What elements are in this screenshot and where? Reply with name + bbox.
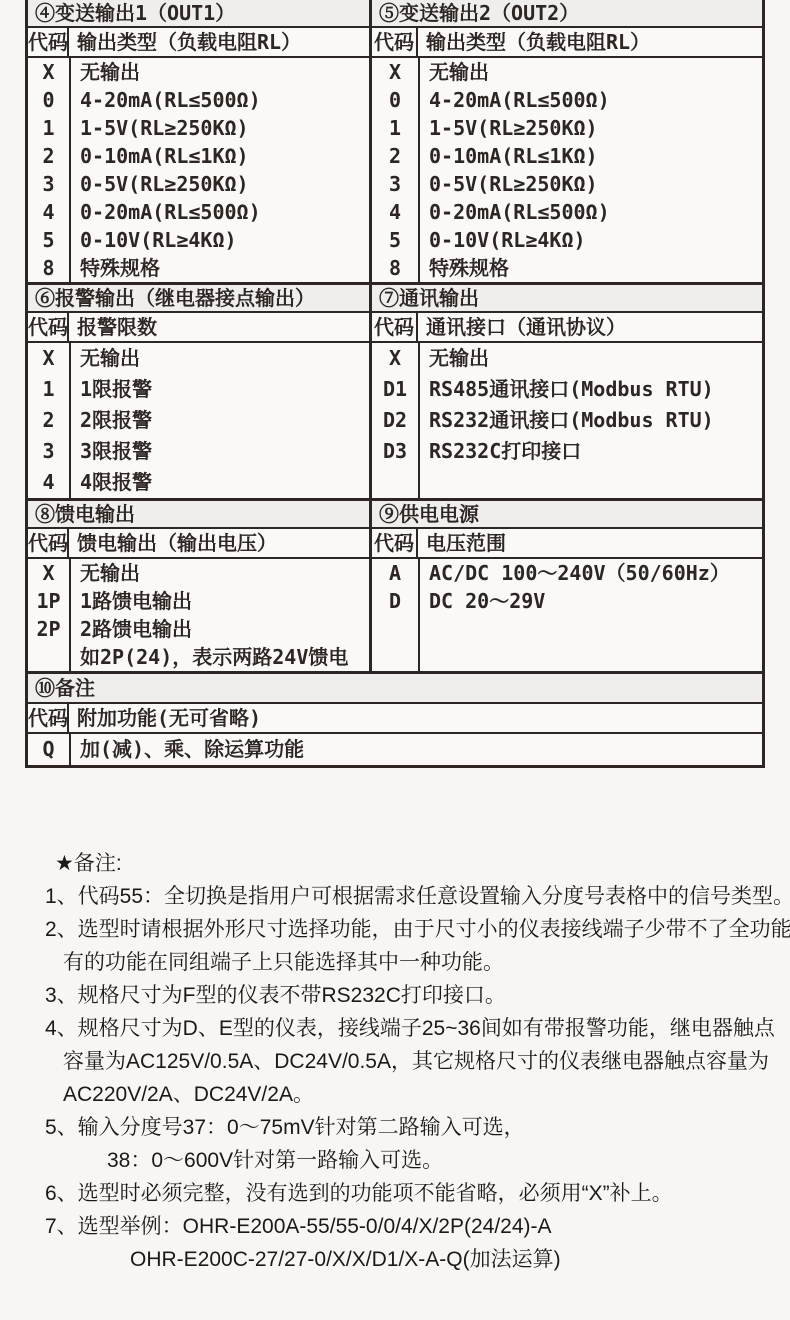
table-row: D3RS232C打印接口 bbox=[372, 436, 762, 467]
desc-cell: AC/DC 100～240V（50/60Hz） bbox=[418, 559, 762, 587]
table-row: 40-20mA(RL≤500Ω) bbox=[28, 198, 369, 226]
table-row: 50-10V(RL≥4KΩ) bbox=[372, 226, 762, 254]
table-row: DDC 20～29V bbox=[372, 587, 762, 615]
note-line: 有的功能在同组端子上只能选择其中一种功能。 bbox=[45, 946, 775, 979]
table-row: 8特殊规格 bbox=[372, 254, 762, 282]
note-line: OHR-E200C-27/27-0/X/X/D1/X-A-Q(加法运算) bbox=[45, 1243, 775, 1276]
code-cell bbox=[28, 643, 69, 671]
table-row: 50-10V(RL≥4KΩ) bbox=[28, 226, 369, 254]
table-row: 11-5V(RL≥250KΩ) bbox=[28, 114, 369, 142]
desc-cell: 0-20mA(RL≤500Ω) bbox=[418, 198, 762, 226]
column-header-code: 代码 bbox=[372, 313, 418, 341]
desc-cell: 0-10mA(RL≤1KΩ) bbox=[418, 142, 762, 170]
column-header-desc: 通讯接口（通讯协议） bbox=[418, 313, 762, 341]
section-pair: ④变送输出1（OUT1）代码输出类型（负载电阻RL）X无输出04-20mA(RL… bbox=[28, 0, 762, 285]
table-row: AAC/DC 100～240V（50/60Hz） bbox=[372, 559, 762, 587]
code-cell: 2 bbox=[28, 405, 69, 436]
code-cell: X bbox=[28, 343, 69, 374]
desc-cell: 4限报警 bbox=[69, 467, 369, 498]
code-cell: X bbox=[28, 559, 69, 587]
code-cell: 3 bbox=[372, 170, 418, 198]
desc-cell: DC 20～29V bbox=[418, 587, 762, 615]
desc-cell: 3限报警 bbox=[69, 436, 369, 467]
section-pair: ⑥报警输出（继电器接点输出）代码报警限数X无输出11限报警22限报警33限报警4… bbox=[28, 285, 762, 501]
column-header-row: 代码电压范围 bbox=[372, 529, 762, 559]
section: ④变送输出1（OUT1）代码输出类型（负载电阻RL）X无输出04-20mA(RL… bbox=[28, 0, 372, 282]
code-cell: 1 bbox=[28, 114, 69, 142]
column-header-code: 代码 bbox=[372, 28, 418, 56]
desc-cell: 4-20mA(RL≤500Ω) bbox=[418, 86, 762, 114]
section-title: ⑩备注 bbox=[28, 674, 762, 704]
section: ⑧馈电输出代码馈电输出（输出电压）X无输出1P1路馈电输出2P2路馈电输出如2P… bbox=[28, 501, 372, 671]
rows-area: X无输出04-20mA(RL≤500Ω)11-5V(RL≥250KΩ)20-10… bbox=[372, 58, 762, 282]
column-header-code: 代码 bbox=[28, 704, 69, 732]
code-cell: 4 bbox=[28, 467, 69, 498]
code-cell: 5 bbox=[372, 226, 418, 254]
column-header-desc: 附加功能(无可省略) bbox=[69, 704, 762, 732]
section-title: ⑥报警输出（继电器接点输出） bbox=[28, 285, 369, 313]
section-title: ⑤变送输出2（OUT2） bbox=[372, 0, 762, 28]
section-title: ⑧馈电输出 bbox=[28, 501, 369, 529]
desc-cell: 0-20mA(RL≤500Ω) bbox=[69, 198, 369, 226]
note-line: 38：0～600V针对第一路输入可选。 bbox=[45, 1144, 775, 1177]
table-row: 44限报警 bbox=[28, 467, 369, 498]
code-cell: 1 bbox=[28, 374, 69, 405]
code-cell: D bbox=[372, 587, 418, 615]
table-row: 33限报警 bbox=[28, 436, 369, 467]
desc-cell: 4-20mA(RL≤500Ω) bbox=[69, 86, 369, 114]
column-header-row: 代码输出类型（负载电阻RL） bbox=[28, 28, 369, 58]
note-line: 2、选型时请根据外形尺寸选择功能，由于尺寸小的仪表接线端子少带不了全功能， bbox=[45, 913, 775, 946]
table-row: 11限报警 bbox=[28, 374, 369, 405]
column-header-desc: 输出类型（负载电阻RL） bbox=[418, 28, 762, 56]
code-cell: 8 bbox=[28, 254, 69, 282]
table-row: D1RS485通讯接口(Modbus RTU) bbox=[372, 374, 762, 405]
column-header-desc: 馈电输出（输出电压） bbox=[69, 529, 369, 557]
code-cell: X bbox=[372, 343, 418, 374]
rows-area: X无输出11限报警22限报警33限报警44限报警 bbox=[28, 343, 369, 498]
column-header-row: 代码通讯接口（通讯协议） bbox=[372, 313, 762, 343]
desc-cell: 1限报警 bbox=[69, 374, 369, 405]
desc-cell: 0-5V(RL≥250KΩ) bbox=[418, 170, 762, 198]
code-cell: Q bbox=[28, 734, 69, 765]
desc-cell: 加(减)、乘、除运算功能 bbox=[69, 734, 762, 765]
desc-cell: 1-5V(RL≥250KΩ) bbox=[69, 114, 369, 142]
note-line: AC220V/2A、DC24V/2A。 bbox=[45, 1078, 775, 1111]
table-row: 8特殊规格 bbox=[28, 254, 369, 282]
section-title: ⑦通讯输出 bbox=[372, 285, 762, 313]
note-line: 4、规格尺寸为D、E型的仪表，接线端子25~36间如有带报警功能，继电器触点 bbox=[45, 1012, 775, 1045]
desc-cell: 如2P(24)，表示两路24V馈电 bbox=[69, 643, 369, 671]
desc-cell: 特殊规格 bbox=[69, 254, 369, 282]
column-header-desc: 报警限数 bbox=[69, 313, 369, 341]
spec-sheet-page: { "colors":{ "page_bg":"#f7f6f4", "cell_… bbox=[0, 0, 790, 1320]
code-cell: D1 bbox=[372, 374, 418, 405]
desc-cell: 0-10V(RL≥4KΩ) bbox=[69, 226, 369, 254]
desc-cell: RS232通讯接口(Modbus RTU) bbox=[418, 405, 762, 436]
note-line: 容量为AC125V/0.5A、DC24V/0.5A，其它规格尺寸的仪表继电器触点… bbox=[45, 1045, 775, 1078]
section: ⑦通讯输出代码通讯接口（通讯协议）X无输出D1RS485通讯接口(Modbus … bbox=[372, 285, 762, 498]
table-row: X无输出 bbox=[372, 343, 762, 374]
section: ⑤变送输出2（OUT2）代码输出类型（负载电阻RL）X无输出04-20mA(RL… bbox=[372, 0, 762, 282]
column-header-code: 代码 bbox=[28, 313, 69, 341]
rows-area: X无输出04-20mA(RL≤500Ω)11-5V(RL≥250KΩ)20-10… bbox=[28, 58, 369, 282]
column-header-row: 代码附加功能(无可省略) bbox=[28, 704, 762, 734]
column-header-row: 代码报警限数 bbox=[28, 313, 369, 343]
desc-cell: 无输出 bbox=[418, 58, 762, 86]
code-cell: 4 bbox=[372, 198, 418, 226]
rows-area: X无输出1P1路馈电输出2P2路馈电输出如2P(24)，表示两路24V馈电 bbox=[28, 559, 369, 671]
desc-cell: 2路馈电输出 bbox=[69, 615, 369, 643]
desc-cell: 0-10V(RL≥4KΩ) bbox=[418, 226, 762, 254]
column-header-row: 代码馈电输出（输出电压） bbox=[28, 529, 369, 559]
desc-cell: 0-5V(RL≥250KΩ) bbox=[69, 170, 369, 198]
desc-cell: 无输出 bbox=[69, 58, 369, 86]
code-cell: 1 bbox=[372, 114, 418, 142]
code-cell: D3 bbox=[372, 436, 418, 467]
code-cell: 1P bbox=[28, 587, 69, 615]
desc-cell: 无输出 bbox=[418, 343, 762, 374]
desc-cell: 无输出 bbox=[69, 559, 369, 587]
table-row: Q加(减)、乘、除运算功能 bbox=[28, 734, 762, 765]
column-header-code: 代码 bbox=[28, 529, 69, 557]
table-row: 20-10mA(RL≤1KΩ) bbox=[28, 142, 369, 170]
code-cell: 3 bbox=[28, 436, 69, 467]
section: ⑥报警输出（继电器接点输出）代码报警限数X无输出11限报警22限报警33限报警4… bbox=[28, 285, 372, 498]
rows-area: X无输出D1RS485通讯接口(Modbus RTU)D2RS232通讯接口(M… bbox=[372, 343, 762, 498]
column-header-row: 代码输出类型（负载电阻RL） bbox=[372, 28, 762, 58]
code-cell: X bbox=[372, 58, 418, 86]
table-row: 20-10mA(RL≤1KΩ) bbox=[372, 142, 762, 170]
column-header-code: 代码 bbox=[28, 28, 69, 56]
note-line: 7、选型举例：OHR-E200A-55/55-0/0/4/X/2P(24/24)… bbox=[45, 1210, 775, 1243]
desc-cell: 无输出 bbox=[69, 343, 369, 374]
notes-heading: ★备注: bbox=[45, 847, 775, 880]
desc-cell: 2限报警 bbox=[69, 405, 369, 436]
table-row: 11-5V(RL≥250KΩ) bbox=[372, 114, 762, 142]
remarks-notes: ★备注:1、代码55：全切换是指用户可根据需求任意设置输入分度号表格中的信号类型… bbox=[45, 847, 775, 1276]
column-header-code: 代码 bbox=[372, 529, 418, 557]
code-cell: 2P bbox=[28, 615, 69, 643]
table-row: 30-5V(RL≥250KΩ) bbox=[28, 170, 369, 198]
code-cell: X bbox=[28, 58, 69, 86]
desc-cell: 1-5V(RL≥250KΩ) bbox=[418, 114, 762, 142]
table-row: 2P2路馈电输出 bbox=[28, 615, 369, 643]
table-row: X无输出 bbox=[28, 58, 369, 86]
code-cell: 2 bbox=[372, 142, 418, 170]
section-title: ⑨供电电源 bbox=[372, 501, 762, 529]
column-header-desc: 输出类型（负载电阻RL） bbox=[69, 28, 369, 56]
note-line: 5、输入分度号37：0～75mV针对第二路输入可选， bbox=[45, 1111, 775, 1144]
note-line: 6、选型时必须完整，没有选到的功能项不能省略，必须用“X”补上。 bbox=[45, 1177, 775, 1210]
code-cell: A bbox=[372, 559, 418, 587]
code-cell: 4 bbox=[28, 198, 69, 226]
code-cell: D2 bbox=[372, 405, 418, 436]
table-row: 如2P(24)，表示两路24V馈电 bbox=[28, 643, 369, 671]
section: ⑨供电电源代码电压范围AAC/DC 100～240V（50/60Hz）DDC 2… bbox=[372, 501, 762, 671]
table-row: 22限报警 bbox=[28, 405, 369, 436]
table-row: D2RS232通讯接口(Modbus RTU) bbox=[372, 405, 762, 436]
code-cell: 8 bbox=[372, 254, 418, 282]
table-row: X无输出 bbox=[372, 58, 762, 86]
section: ⑩备注代码附加功能(无可省略)Q加(减)、乘、除运算功能 bbox=[28, 674, 762, 765]
desc-cell: 1路馈电输出 bbox=[69, 587, 369, 615]
table-row: 30-5V(RL≥250KΩ) bbox=[372, 170, 762, 198]
table-row: 1P1路馈电输出 bbox=[28, 587, 369, 615]
code-cell: 0 bbox=[372, 86, 418, 114]
table-row: X无输出 bbox=[28, 343, 369, 374]
desc-cell: RS232C打印接口 bbox=[418, 436, 762, 467]
desc-cell: 0-10mA(RL≤1KΩ) bbox=[69, 142, 369, 170]
code-cell: 2 bbox=[28, 142, 69, 170]
code-cell: 3 bbox=[28, 170, 69, 198]
table-row: X无输出 bbox=[28, 559, 369, 587]
code-cell: 0 bbox=[28, 86, 69, 114]
model-selection-spec-table: ④变送输出1（OUT1）代码输出类型（负载电阻RL）X无输出04-20mA(RL… bbox=[25, 0, 765, 768]
table-row: 04-20mA(RL≤500Ω) bbox=[372, 86, 762, 114]
desc-cell: RS485通讯接口(Modbus RTU) bbox=[418, 374, 762, 405]
note-line: 3、规格尺寸为F型的仪表不带RS232C打印接口。 bbox=[45, 979, 775, 1012]
note-line: 1、代码55：全切换是指用户可根据需求任意设置输入分度号表格中的信号类型。 bbox=[45, 880, 775, 913]
table-row: 40-20mA(RL≤500Ω) bbox=[372, 198, 762, 226]
section-pair: ⑧馈电输出代码馈电输出（输出电压）X无输出1P1路馈电输出2P2路馈电输出如2P… bbox=[28, 501, 762, 674]
rows-area: AAC/DC 100～240V（50/60Hz）DDC 20～29V bbox=[372, 559, 762, 671]
section-title: ④变送输出1（OUT1） bbox=[28, 0, 369, 28]
column-header-desc: 电压范围 bbox=[418, 529, 762, 557]
desc-cell: 特殊规格 bbox=[418, 254, 762, 282]
code-cell: 5 bbox=[28, 226, 69, 254]
table-row: 04-20mA(RL≤500Ω) bbox=[28, 86, 369, 114]
rows-area: Q加(减)、乘、除运算功能 bbox=[28, 734, 762, 765]
